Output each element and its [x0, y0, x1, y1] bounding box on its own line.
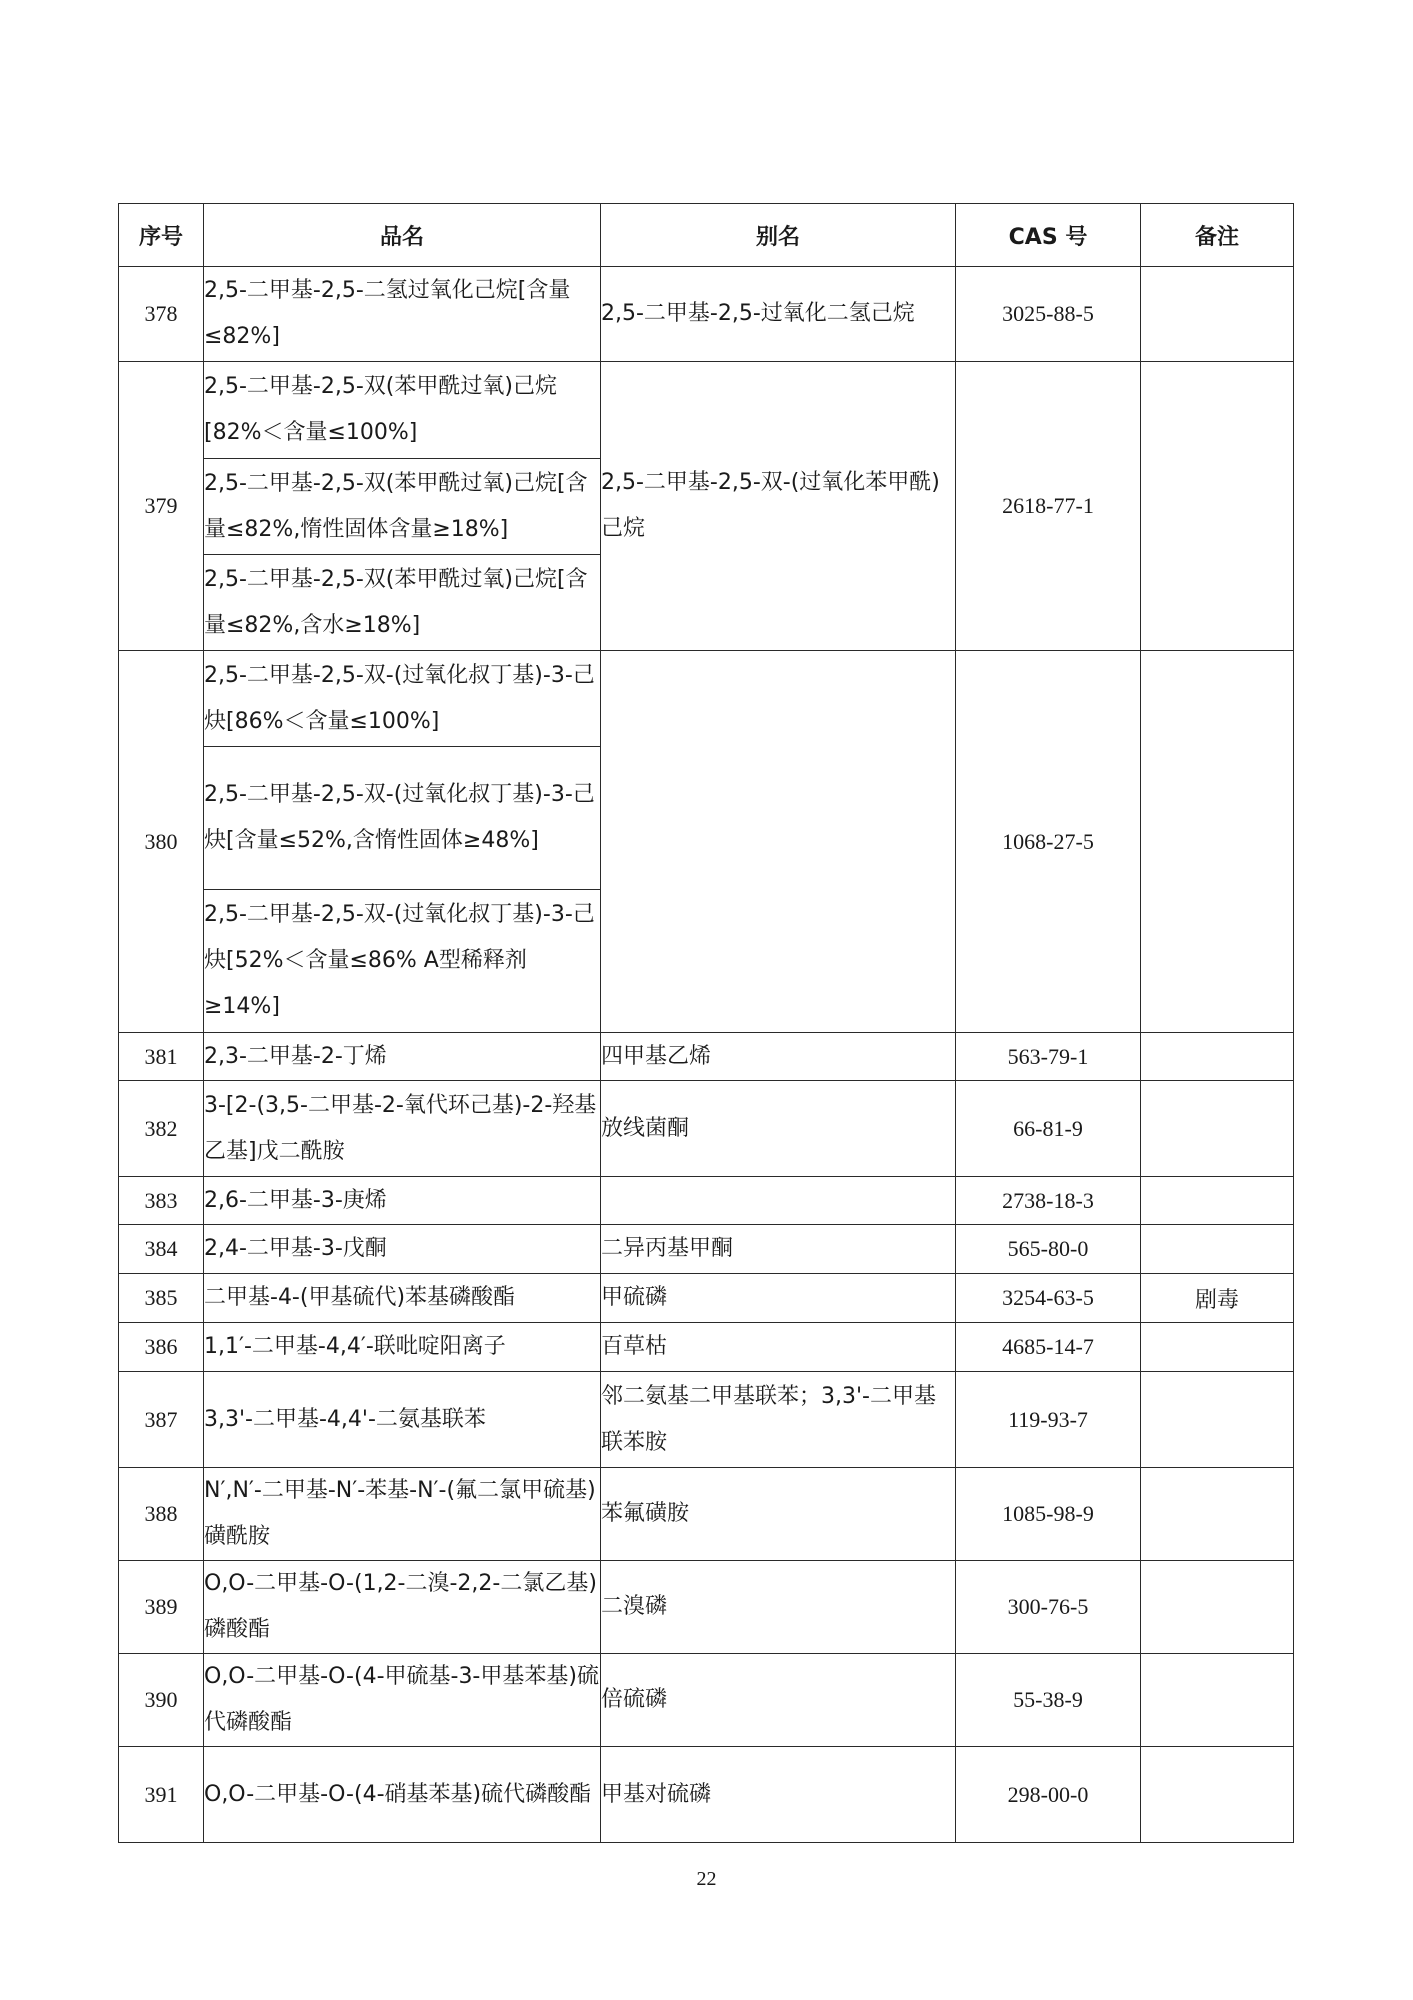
row-alias: 甲硫磷: [601, 1274, 956, 1323]
table-row: 381 2,3-二甲基-2-丁烯 四甲基乙烯 563-79-1: [119, 1033, 1294, 1081]
row-note: 剧毒: [1141, 1274, 1294, 1323]
row-name: O,O-二甲基-O-(4-甲硫基-3-甲基苯基)硫代磷酸酯: [204, 1654, 601, 1747]
table-row: 385 二甲基-4-(甲基硫代)苯基磷酸酯 甲硫磷 3254-63-5 剧毒: [119, 1274, 1294, 1323]
row-alias: 四甲基乙烯: [601, 1033, 956, 1081]
row-cas: 55-38-9: [956, 1654, 1141, 1747]
row-seq: 385: [119, 1274, 204, 1323]
row-name: 2,3-二甲基-2-丁烯: [204, 1033, 601, 1081]
header-note: 备注: [1141, 204, 1294, 267]
row-note: [1141, 1561, 1294, 1654]
row-cas: 3025-88-5: [956, 267, 1141, 362]
row-cas: 2738-18-3: [956, 1177, 1141, 1225]
row-note: [1141, 1033, 1294, 1081]
row-cas: 3254-63-5: [956, 1274, 1141, 1323]
row-name: 2,4-二甲基-3-戊酮: [204, 1225, 601, 1274]
row-name-variant: 2,5-二甲基-2,5-双(苯甲酰过氧)己烷[含量≤82%,含水≥18%]: [204, 555, 601, 651]
row-cas: 300-76-5: [956, 1561, 1141, 1654]
row-alias: 二异丙基甲酮: [601, 1225, 956, 1274]
row-alias: 倍硫磷: [601, 1654, 956, 1747]
header-cas: CAS 号: [956, 204, 1141, 267]
row-alias: 二溴磷: [601, 1561, 956, 1654]
row-seq: 384: [119, 1225, 204, 1274]
table-row: 379 2,5-二甲基-2,5-双(苯甲酰过氧)己烷[82%＜含量≤100%] …: [119, 362, 1294, 459]
row-seq: 382: [119, 1081, 204, 1177]
row-seq: 378: [119, 267, 204, 362]
table-row: 384 2,4-二甲基-3-戊酮 二异丙基甲酮 565-80-0: [119, 1225, 1294, 1274]
row-name: 二甲基-4-(甲基硫代)苯基磷酸酯: [204, 1274, 601, 1323]
table-row: 378 2,5-二甲基-2,5-二氢过氧化己烷[含量≤82%] 2,5-二甲基-…: [119, 267, 1294, 362]
row-seq: 389: [119, 1561, 204, 1654]
row-name-variant: 2,5-二甲基-2,5-双(苯甲酰过氧)己烷[含量≤82%,惰性固体含量≥18%…: [204, 459, 601, 555]
row-cas: 2618-77-1: [956, 362, 1141, 651]
row-seq: 386: [119, 1323, 204, 1372]
row-name: N′,N′-二甲基-N′-苯基-N′-(氟二氯甲硫基)磺酰胺: [204, 1468, 601, 1561]
table-row: 389 O,O-二甲基-O-(1,2-二溴-2,2-二氯乙基)磷酸酯 二溴磷 3…: [119, 1561, 1294, 1654]
row-seq: 383: [119, 1177, 204, 1225]
row-cas: 1068-27-5: [956, 651, 1141, 1033]
row-note: [1141, 1654, 1294, 1747]
row-alias: 2,5-二甲基-2,5-过氧化二氢己烷: [601, 267, 956, 362]
table-row: 387 3,3'-二甲基-4,4'-二氨基联苯 邻二氨基二甲基联苯；3,3'-二…: [119, 1372, 1294, 1468]
row-name: 2,5-二甲基-2,5-二氢过氧化己烷[含量≤82%]: [204, 267, 601, 362]
page-number: 22: [0, 1868, 1413, 1891]
table-row: 391 O,O-二甲基-O-(4-硝基苯基)硫代磷酸酯 甲基对硫磷 298-00…: [119, 1747, 1294, 1843]
table-row: 386 1,1′-二甲基-4,4′-联吡啶阳离子 百草枯 4685-14-7: [119, 1323, 1294, 1372]
row-seq: 380: [119, 651, 204, 1033]
row-note: [1141, 1323, 1294, 1372]
row-cas: 119-93-7: [956, 1372, 1141, 1468]
row-cas: 66-81-9: [956, 1081, 1141, 1177]
row-note: [1141, 1081, 1294, 1177]
table-header-row: 序号 品名 别名 CAS 号 备注: [119, 204, 1294, 267]
row-note: [1141, 651, 1294, 1033]
row-note: [1141, 1225, 1294, 1274]
row-cas: 563-79-1: [956, 1033, 1141, 1081]
row-name-variant: 2,5-二甲基-2,5-双-(过氧化叔丁基)-3-己炔[52%＜含量≤86% A…: [204, 890, 601, 1033]
header-name: 品名: [204, 204, 601, 267]
table-row: 383 2,6-二甲基-3-庚烯 2738-18-3: [119, 1177, 1294, 1225]
row-name: 2,6-二甲基-3-庚烯: [204, 1177, 601, 1225]
row-alias: 2,5-二甲基-2,5-双-(过氧化苯甲酰)己烷: [601, 362, 956, 651]
row-alias: [601, 1177, 956, 1225]
row-name-variant: 2,5-二甲基-2,5-双-(过氧化叔丁基)-3-己炔[86%＜含量≤100%]: [204, 651, 601, 747]
row-cas: 565-80-0: [956, 1225, 1141, 1274]
row-alias: 放线菌酮: [601, 1081, 956, 1177]
row-note: [1141, 1177, 1294, 1225]
table-row: 382 3-[2-(3,5-二甲基-2-氧代环己基)-2-羟基乙基]戊二酰胺 放…: [119, 1081, 1294, 1177]
row-alias: 甲基对硫磷: [601, 1747, 956, 1843]
row-name: O,O-二甲基-O-(1,2-二溴-2,2-二氯乙基)磷酸酯: [204, 1561, 601, 1654]
header-seq: 序号: [119, 204, 204, 267]
row-seq: 379: [119, 362, 204, 651]
table-row: 390 O,O-二甲基-O-(4-甲硫基-3-甲基苯基)硫代磷酸酯 倍硫磷 55…: [119, 1654, 1294, 1747]
row-cas: 298-00-0: [956, 1747, 1141, 1843]
table-row: 388 N′,N′-二甲基-N′-苯基-N′-(氟二氯甲硫基)磺酰胺 苯氟磺胺 …: [119, 1468, 1294, 1561]
row-note: [1141, 1372, 1294, 1468]
row-note: [1141, 1747, 1294, 1843]
row-alias: 百草枯: [601, 1323, 956, 1372]
row-name-variant: 2,5-二甲基-2,5-双-(过氧化叔丁基)-3-己炔[含量≤52%,含惰性固体…: [204, 747, 601, 890]
row-alias: 苯氟磺胺: [601, 1468, 956, 1561]
row-name: O,O-二甲基-O-(4-硝基苯基)硫代磷酸酯: [204, 1747, 601, 1843]
row-seq: 387: [119, 1372, 204, 1468]
row-alias: 邻二氨基二甲基联苯；3,3'-二甲基联苯胺: [601, 1372, 956, 1468]
row-alias: [601, 651, 956, 1033]
row-seq: 381: [119, 1033, 204, 1081]
row-name-variant: 2,5-二甲基-2,5-双(苯甲酰过氧)己烷[82%＜含量≤100%]: [204, 362, 601, 459]
row-name: 3-[2-(3,5-二甲基-2-氧代环己基)-2-羟基乙基]戊二酰胺: [204, 1081, 601, 1177]
chemical-table: 序号 品名 别名 CAS 号 备注 378 2,5-二甲基-2,5-二氢过氧化己…: [118, 203, 1294, 1843]
row-name: 1,1′-二甲基-4,4′-联吡啶阳离子: [204, 1323, 601, 1372]
row-seq: 390: [119, 1654, 204, 1747]
header-alias: 别名: [601, 204, 956, 267]
row-name: 3,3'-二甲基-4,4'-二氨基联苯: [204, 1372, 601, 1468]
table-row: 380 2,5-二甲基-2,5-双-(过氧化叔丁基)-3-己炔[86%＜含量≤1…: [119, 651, 1294, 747]
row-note: [1141, 267, 1294, 362]
row-seq: 391: [119, 1747, 204, 1843]
row-note: [1141, 362, 1294, 651]
row-note: [1141, 1468, 1294, 1561]
row-cas: 1085-98-9: [956, 1468, 1141, 1561]
row-cas: 4685-14-7: [956, 1323, 1141, 1372]
row-seq: 388: [119, 1468, 204, 1561]
